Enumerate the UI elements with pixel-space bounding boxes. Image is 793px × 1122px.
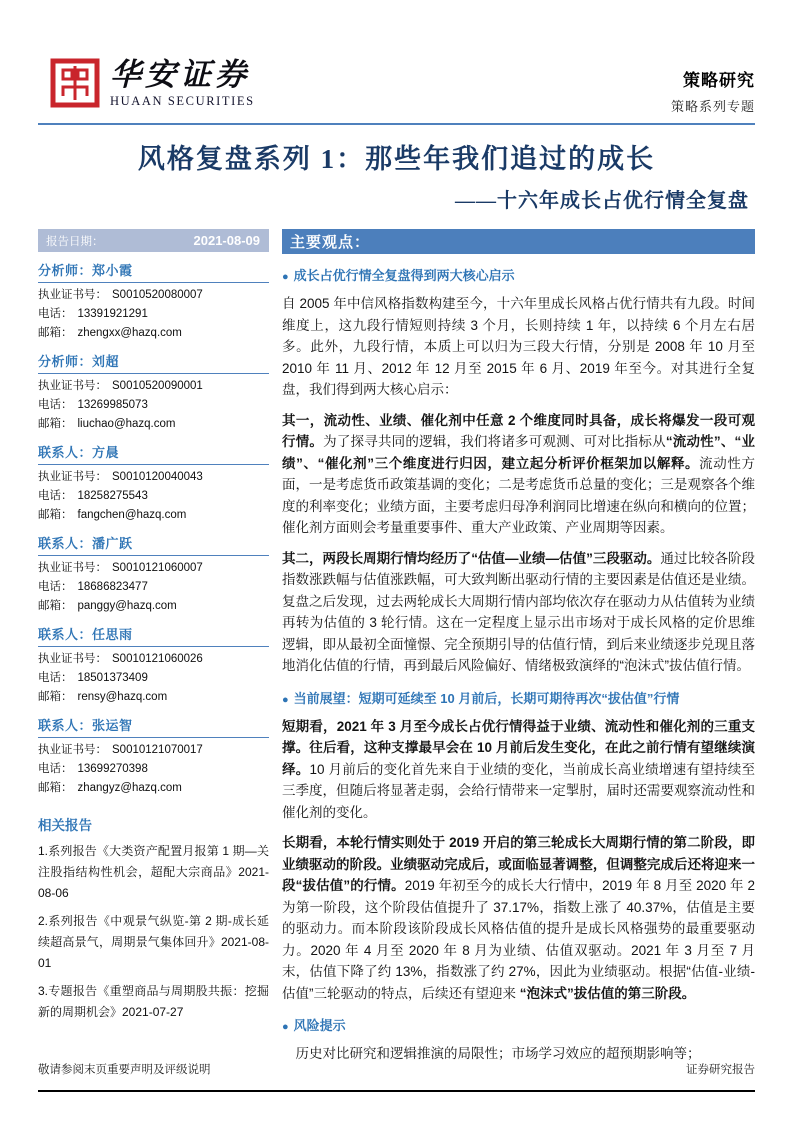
report-page: 华安证券 HUAAN SECURITIES 策略研究 策略系列专题 风格复盘系列… — [0, 0, 793, 1122]
cert-label: 执业证书号： — [38, 744, 107, 756]
phone-value: 13269985073 — [78, 399, 148, 411]
paragraph: 短期看，2021 年 3 月至今成长占优行情得益于业绩、流动性和催化剂的三重支撑… — [282, 716, 755, 824]
contact-card: 联系人：方晨 执业证书号：S0010120040043 电话：182582755… — [38, 442, 269, 525]
paragraph: 长期看，本轮行情实则处于 2019 开启的第三轮成长大周期行情的第二阶段，即业绩… — [282, 832, 755, 1004]
brand-name-en: HUAAN SECURITIES — [110, 94, 255, 109]
main-points-header: 主要观点： — [282, 229, 755, 254]
phone-field: 电话：13391921291 — [38, 305, 269, 324]
section-heading: ●成长占优行情全复盘得到两大核心启示 — [282, 265, 755, 284]
footer-disclaimer: 敬请参阅末页重要声明及评级说明 — [38, 1061, 211, 1077]
cert-value: S0010520090001 — [112, 380, 203, 392]
section-heading-text: 成长占优行情全复盘得到两大核心启示 — [294, 268, 515, 283]
divider — [38, 464, 269, 465]
email-field: 邮箱：panggy@hazq.com — [38, 597, 269, 616]
page-footer: 敬请参阅末页重要声明及评级说明 证券研究报告 — [38, 1061, 755, 1092]
cert-label: 执业证书号： — [38, 653, 107, 665]
email-value: rensy@hazq.com — [78, 691, 168, 703]
cert-value: S0010520080007 — [112, 289, 203, 301]
phone-field: 电话：13699270398 — [38, 760, 269, 779]
contact-card: 联系人：潘广跃 执业证书号：S0010121060007 电话：18686823… — [38, 533, 269, 616]
phone-field: 电话：13269985073 — [38, 396, 269, 415]
header-right: 策略研究 策略系列专题 — [671, 58, 755, 115]
phone-field: 电话：18258275543 — [38, 487, 269, 506]
report-category: 策略研究 — [671, 66, 755, 91]
cert-field: 执业证书号：S0010120040043 — [38, 468, 269, 487]
cert-label: 执业证书号： — [38, 380, 107, 392]
phone-label: 电话： — [38, 490, 73, 502]
page-subtitle: ——十六年成长占优行情全复盘 — [38, 184, 755, 213]
phone-label: 电话： — [38, 763, 73, 775]
phone-value: 18258275543 — [78, 490, 148, 502]
cert-field: 执业证书号：S0010121070017 — [38, 741, 269, 760]
cert-field: 执业证书号：S0010520090001 — [38, 377, 269, 396]
related-report-item: 2.系列报告《中观景气纵览-第 2 期-成长延续超高景气，周期景气集体回升》20… — [38, 911, 269, 974]
email-label: 邮箱： — [38, 691, 73, 703]
email-value: zhangyz@hazq.com — [78, 782, 182, 794]
content-columns: 报告日期： 2021-08-09 分析师：郑小霞 执业证书号：S00105200… — [38, 229, 755, 1065]
header-divider — [38, 123, 755, 125]
analyst-name: 分析师：刘超 — [38, 351, 269, 370]
email-field: 邮箱：zhangyz@hazq.com — [38, 779, 269, 798]
bullet-icon: ● — [282, 1021, 289, 1033]
phone-field: 电话：18501373409 — [38, 669, 269, 688]
section-heading-text: 风险提示 — [294, 1018, 346, 1033]
footer-divider — [38, 1090, 755, 1092]
email-label: 邮箱： — [38, 327, 73, 339]
email-field: 邮箱：rensy@hazq.com — [38, 688, 269, 707]
contact-card: 联系人：张运智 执业证书号：S0010121070017 电话：13699270… — [38, 715, 269, 798]
analyst-card: 分析师：郑小霞 执业证书号：S0010520080007 电话：13391921… — [38, 260, 269, 343]
email-field: 邮箱：zhengxx@hazq.com — [38, 324, 269, 343]
brand-text: 华安证券 HUAAN SECURITIES — [110, 58, 255, 109]
bullet-icon: ● — [282, 694, 289, 706]
sidebar: 报告日期： 2021-08-09 分析师：郑小霞 执业证书号：S00105200… — [38, 229, 269, 1023]
divider — [38, 555, 269, 556]
email-field: 邮箱：fangchen@hazq.com — [38, 506, 269, 525]
divider — [38, 646, 269, 647]
cert-label: 执业证书号： — [38, 289, 107, 301]
phone-label: 电话： — [38, 399, 73, 411]
paragraph: 其二，两段长周期行情均经历了“估值—业绩—估值”三段驱动。通过比较各阶段指数涨跌… — [282, 548, 755, 677]
main-content: 主要观点： ●成长占优行情全复盘得到两大核心启示 自 2005 年中信风格指数构… — [282, 229, 755, 1065]
cert-value: S0010121060007 — [112, 562, 203, 574]
divider — [38, 282, 269, 283]
contact-name: 联系人：潘广跃 — [38, 533, 269, 552]
cert-value: S0010121060026 — [112, 653, 203, 665]
contact-name: 联系人：方晨 — [38, 442, 269, 461]
section-heading-text: 当前展望：短期可延续至 10 月前后，长期可期待再次“拔估值”行情 — [294, 691, 680, 706]
email-label: 邮箱： — [38, 600, 73, 612]
page-header: 华安证券 HUAAN SECURITIES 策略研究 策略系列专题 — [38, 58, 755, 115]
related-report-item: 1.系列报告《大类资产配置月报第 1 期—关注股指结构性机会，超配大宗商品》20… — [38, 841, 269, 904]
contact-name: 联系人：任思雨 — [38, 624, 269, 643]
email-value: fangchen@hazq.com — [78, 509, 187, 521]
cert-field: 执业证书号：S0010121060026 — [38, 650, 269, 669]
paragraph: 自 2005 年中信风格指数构建至今，十六年里成长风格占优行情共有九段。时间维度… — [282, 293, 755, 401]
cert-label: 执业证书号： — [38, 471, 107, 483]
email-label: 邮箱： — [38, 509, 73, 521]
contact-name: 联系人：张运智 — [38, 715, 269, 734]
phone-value: 18686823477 — [78, 581, 148, 593]
email-label: 邮箱： — [38, 782, 73, 794]
email-label: 邮箱： — [38, 418, 73, 430]
contact-card: 联系人：任思雨 执业证书号：S0010121060026 电话：18501373… — [38, 624, 269, 707]
paragraph: 其一，流动性、业绩、催化剂中任意 2 个维度同时具备，成长将爆发一段可观行情。为… — [282, 410, 755, 539]
phone-value: 13391921291 — [78, 308, 148, 320]
cert-field: 执业证书号：S0010520080007 — [38, 286, 269, 305]
report-date-bar: 报告日期： 2021-08-09 — [38, 229, 269, 252]
phone-value: 13699270398 — [78, 763, 148, 775]
email-value: liuchao@hazq.com — [78, 418, 176, 430]
related-reports-title: 相关报告 — [38, 814, 269, 834]
bullet-icon: ● — [282, 271, 289, 283]
cert-value: S0010120040043 — [112, 471, 203, 483]
cert-value: S0010121070017 — [112, 744, 203, 756]
phone-label: 电话： — [38, 581, 73, 593]
brand-name-cn: 华安证券 — [110, 58, 255, 92]
email-value: zhengxx@hazq.com — [78, 327, 182, 339]
report-subcategory: 策略系列专题 — [671, 96, 755, 115]
section-heading: ●风险提示 — [282, 1015, 755, 1034]
phone-value: 18501373409 — [78, 672, 148, 684]
divider — [38, 737, 269, 738]
email-value: panggy@hazq.com — [78, 600, 177, 612]
related-report-item: 3.专题报告《重塑商品与周期股共振：挖掘新的周期机会》2021-07-27 — [38, 981, 269, 1023]
cert-field: 执业证书号：S0010121060007 — [38, 559, 269, 578]
analyst-card: 分析师：刘超 执业证书号：S0010520090001 电话：132699850… — [38, 351, 269, 434]
analyst-name: 分析师：郑小霞 — [38, 260, 269, 279]
cert-label: 执业证书号： — [38, 562, 107, 574]
section-heading: ●当前展望：短期可延续至 10 月前后，长期可期待再次“拔估值”行情 — [282, 688, 755, 707]
footer-report-type: 证券研究报告 — [686, 1061, 755, 1077]
huaan-seal-icon — [50, 58, 100, 108]
email-field: 邮箱：liuchao@hazq.com — [38, 415, 269, 434]
report-date-label: 报告日期： — [46, 233, 104, 249]
page-title: 风格复盘系列 1：那些年我们追过的成长 — [38, 137, 755, 176]
phone-label: 电话： — [38, 672, 73, 684]
report-date-value: 2021-08-09 — [194, 233, 261, 248]
footer-text-row: 敬请参阅末页重要声明及评级说明 证券研究报告 — [38, 1061, 755, 1077]
brand-block: 华安证券 HUAAN SECURITIES — [38, 58, 255, 109]
divider — [38, 373, 269, 374]
phone-label: 电话： — [38, 308, 73, 320]
phone-field: 电话：18686823477 — [38, 578, 269, 597]
